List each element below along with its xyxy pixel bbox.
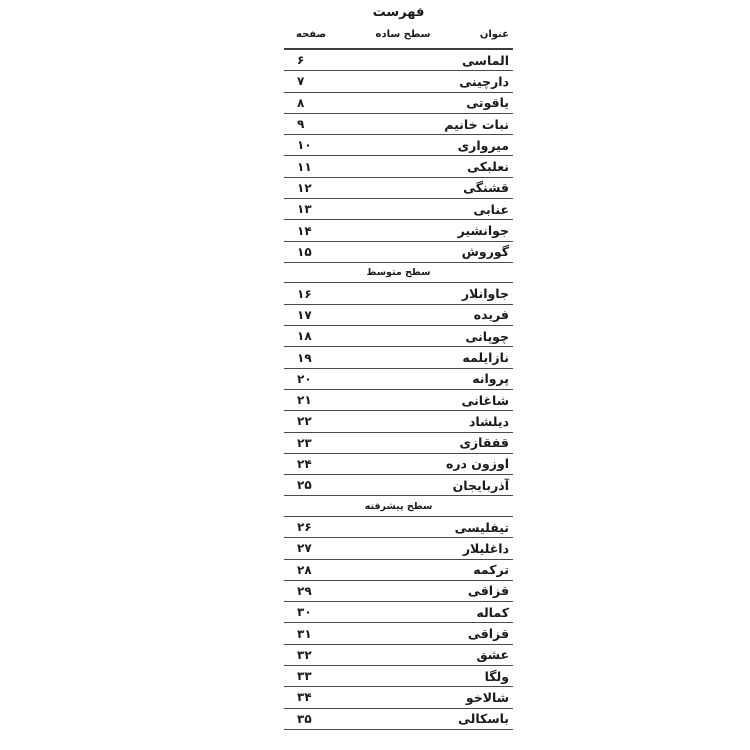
entry-page: ۷ — [297, 74, 304, 88]
entry-title: گوروش — [462, 244, 509, 259]
toc-table: الماسی ۶ دارچینی ۷ یاقوتی ۸ نبات خانیم ۹… — [284, 48, 513, 730]
entry-title: تیفلیسی — [455, 520, 509, 535]
entry-page: ۱۴ — [297, 224, 312, 238]
entry-title: نازایلمه — [462, 350, 509, 365]
entry-page: ۲۰ — [297, 372, 312, 386]
entry-page: ۲۲ — [297, 414, 312, 428]
toc-row: تیفلیسی ۲۶ — [284, 517, 513, 538]
entry-title: جاوانلار — [462, 286, 509, 301]
entry-title: کماله — [476, 605, 509, 620]
entry-title: عشق — [476, 647, 509, 662]
entry-title: نبات خانیم — [444, 117, 509, 132]
column-header-row: عنوان سطح ساده صفحه — [284, 26, 513, 42]
entry-page: ۲۵ — [297, 478, 312, 492]
entry-page: ۳۴ — [297, 690, 312, 704]
toc-row: فریده ۱۷ — [284, 305, 513, 326]
toc-row: کماله ۳۰ — [284, 602, 513, 623]
toc-row: جوانشیر ۱۴ — [284, 220, 513, 241]
entry-title: میرواری — [458, 138, 509, 153]
section-label: سطح پیشرفته — [284, 496, 513, 517]
entry-title: نعلبکی — [467, 159, 509, 174]
entry-page: ۱۹ — [297, 351, 312, 365]
entry-title: شاغانی — [461, 393, 509, 408]
section-label: سطح متوسط — [284, 263, 513, 284]
entry-title: چوپانی — [465, 329, 509, 344]
entry-page: ۱۵ — [297, 245, 312, 259]
toc-row: دارچینی ۷ — [284, 71, 513, 92]
entry-page: ۳۱ — [297, 627, 312, 641]
entry-page: ۳۲ — [297, 648, 312, 662]
entry-title: پروانه — [472, 371, 509, 386]
entry-title: باسکالی — [458, 711, 509, 726]
entry-page: ۱۶ — [297, 287, 312, 301]
entry-title: قزاقی — [468, 583, 509, 598]
toc-row: ترکمه ۲۸ — [284, 560, 513, 581]
entry-title: یاقوتی — [466, 95, 509, 110]
entry-title: فریده — [474, 307, 509, 322]
toc-row: نبات خانیم ۹ — [284, 114, 513, 135]
entry-page: ۸ — [297, 96, 304, 110]
section-label-simple-level: سطح ساده — [376, 29, 431, 40]
toc-row: قزاقی ۲۹ — [284, 581, 513, 602]
entry-page: ۱۱ — [297, 160, 312, 174]
entry-page: ۳۰ — [297, 605, 312, 619]
entry-page: ۳۵ — [297, 712, 312, 726]
toc-row: یاقوتی ۸ — [284, 93, 513, 114]
toc-row: چوپانی ۱۸ — [284, 326, 513, 347]
toc-row: شاغانی ۲۱ — [284, 390, 513, 411]
entry-page: ۲۶ — [297, 520, 312, 534]
toc-row: ولگا ۳۳ — [284, 666, 513, 687]
entry-page: ۳۳ — [297, 669, 312, 683]
entry-page: ۹ — [297, 117, 304, 131]
column-header-page: صفحه — [296, 29, 326, 40]
entry-page: ۲۹ — [297, 584, 312, 598]
toc-row: باسکالی ۳۵ — [284, 709, 513, 730]
entry-page: ۶ — [297, 53, 304, 67]
page-title: فهرست — [284, 5, 513, 20]
entry-title: داغلیلار — [463, 541, 509, 556]
entry-page: ۲۷ — [297, 541, 312, 555]
entry-page: ۱۷ — [297, 308, 312, 322]
entry-title: ولگا — [485, 669, 509, 684]
entry-title: قزاقی — [468, 626, 509, 641]
toc-page: فهرست عنوان سطح ساده صفحه الماسی ۶ دارچی… — [0, 0, 750, 750]
toc-row: آذربایجان ۲۵ — [284, 475, 513, 496]
entry-title: جوانشیر — [458, 223, 509, 238]
toc-row: قشنگی ۱۲ — [284, 178, 513, 199]
toc-row: داغلیلار ۲۷ — [284, 538, 513, 559]
entry-title: اوزون دره — [446, 456, 509, 471]
toc-row: میرواری ۱۰ — [284, 135, 513, 156]
toc-row: عشق ۳۲ — [284, 645, 513, 666]
toc-row: عنابی ۱۳ — [284, 199, 513, 220]
toc-row: قفقازی ۲۳ — [284, 433, 513, 454]
entry-title: ترکمه — [473, 562, 509, 577]
entry-page: ۲۳ — [297, 436, 312, 450]
entry-title: عنابی — [473, 202, 509, 217]
toc-row: قزاقی ۳۱ — [284, 623, 513, 644]
entry-page: ۱۰ — [297, 138, 312, 152]
entry-page: ۱۲ — [297, 181, 312, 195]
toc-row: نازایلمه ۱۹ — [284, 347, 513, 368]
entry-page: ۲۱ — [297, 393, 312, 407]
entry-page: ۱۳ — [297, 202, 312, 216]
toc-row: اوزون دره ۲۴ — [284, 454, 513, 475]
entry-title: الماسی — [462, 53, 509, 68]
column-header-title: عنوان — [480, 29, 509, 40]
entry-title: دیلشاد — [469, 414, 509, 429]
toc-row: الماسی ۶ — [284, 50, 513, 71]
entry-title: دارچینی — [459, 74, 509, 89]
entry-page: ۲۴ — [297, 457, 312, 471]
entry-title: قشنگی — [463, 180, 509, 195]
toc-row: دیلشاد ۲۲ — [284, 411, 513, 432]
toc-row: پروانه ۲۰ — [284, 369, 513, 390]
entry-page: ۱۸ — [297, 329, 312, 343]
toc-row: نعلبکی ۱۱ — [284, 156, 513, 177]
entry-title: آذربایجان — [453, 478, 509, 493]
toc-row: جاوانلار ۱۶ — [284, 283, 513, 304]
toc-row: گوروش ۱۵ — [284, 242, 513, 263]
entry-page: ۲۸ — [297, 563, 312, 577]
entry-title: شالاخو — [466, 690, 509, 705]
toc-row: شالاخو ۳۴ — [284, 687, 513, 708]
entry-title: قفقازی — [459, 435, 509, 450]
